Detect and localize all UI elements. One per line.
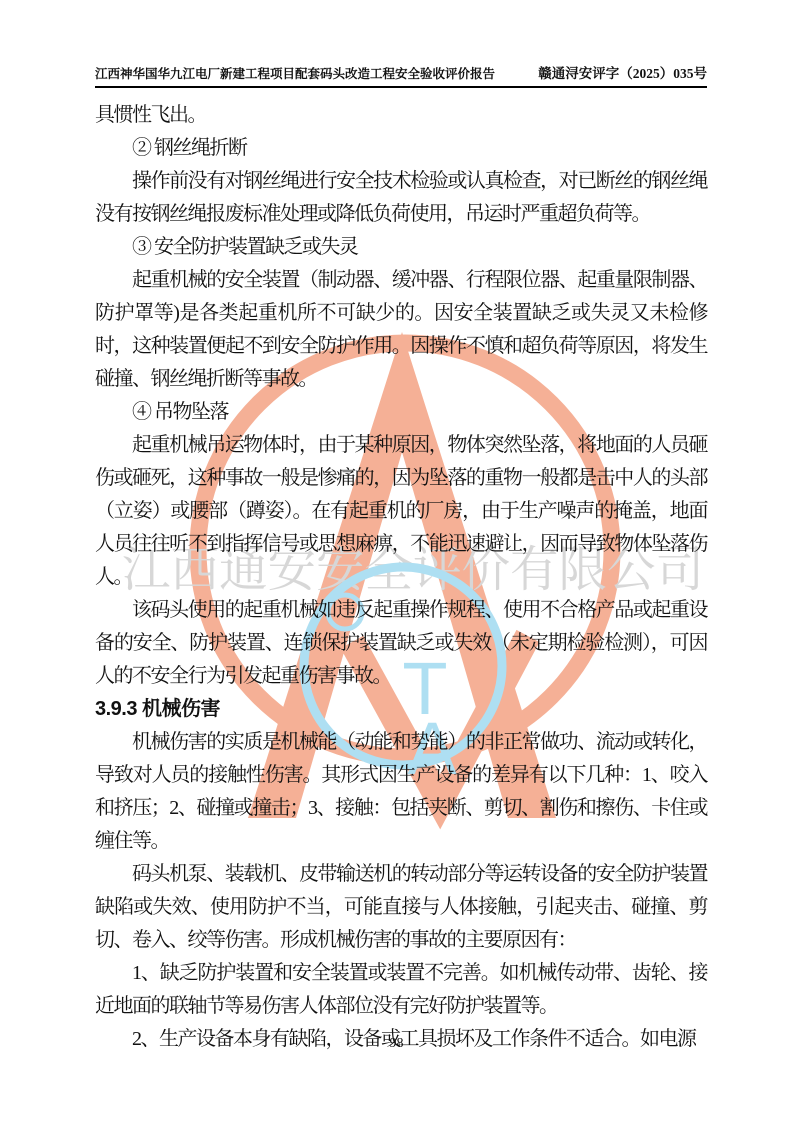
body-paragraph: ④ 吊物坠落: [95, 396, 707, 429]
page-header: 江西神华国华九江电厂新建工程项目配套码头改造工程安全验收评价报告 赣通浔安评字（…: [95, 62, 707, 88]
body-paragraph: ② 钢丝绳折断: [95, 132, 707, 165]
body-paragraph: 起重机械吊运物体时，由于某种原因，物体突然坠落，将地面的人员砸伤或砸死，这种事故…: [95, 429, 707, 594]
body-paragraph: 机械伤害的实质是机械能（动能和势能）的非正常做功、流动或转化，导致对人员的接触性…: [95, 726, 707, 858]
document-body: 具惯性飞出。 ② 钢丝绳折断 操作前没有对钢丝绳进行安全技术检验或认真检查，对已…: [95, 99, 707, 1056]
body-paragraph: 具惯性飞出。: [95, 99, 707, 132]
body-paragraph: 1、缺乏防护装置和安全装置或装置不完善。如机械传动带、齿轮、接近地面的联轴节等易…: [95, 957, 707, 1023]
body-paragraph: 操作前没有对钢丝绳进行安全技术检验或认真检查，对已断丝的钢丝绳没有按钢丝绳报废标…: [95, 165, 707, 231]
report-title: 江西神华国华九江电厂新建工程项目配套码头改造工程安全验收评价报告: [95, 64, 495, 82]
document-number: 赣通浔安评字（2025）035号: [538, 62, 707, 82]
page-number: 98: [0, 1036, 793, 1052]
body-paragraph: 起重机械的安全装置（制动器、缓冲器、行程限位器、起重量限制器、防护罩等)是各类起…: [95, 264, 707, 396]
body-paragraph: 该码头使用的起重机械如违反起重操作规程、使用不合格产品或起重设备的安全、防护装置…: [95, 594, 707, 693]
section-heading: 3.9.3 机械伤害: [95, 693, 707, 726]
body-paragraph: ③ 安全防护装置缺乏或失灵: [95, 231, 707, 264]
body-paragraph: 码头机泵、装载机、皮带输送机的转动部分等运转设备的安全防护装置缺陷或失效、使用防…: [95, 858, 707, 957]
report-page: 江西通安安全评价有限公司 T A 江西神华国华九江电厂新建工程项目配套码头改造工…: [0, 0, 793, 1122]
